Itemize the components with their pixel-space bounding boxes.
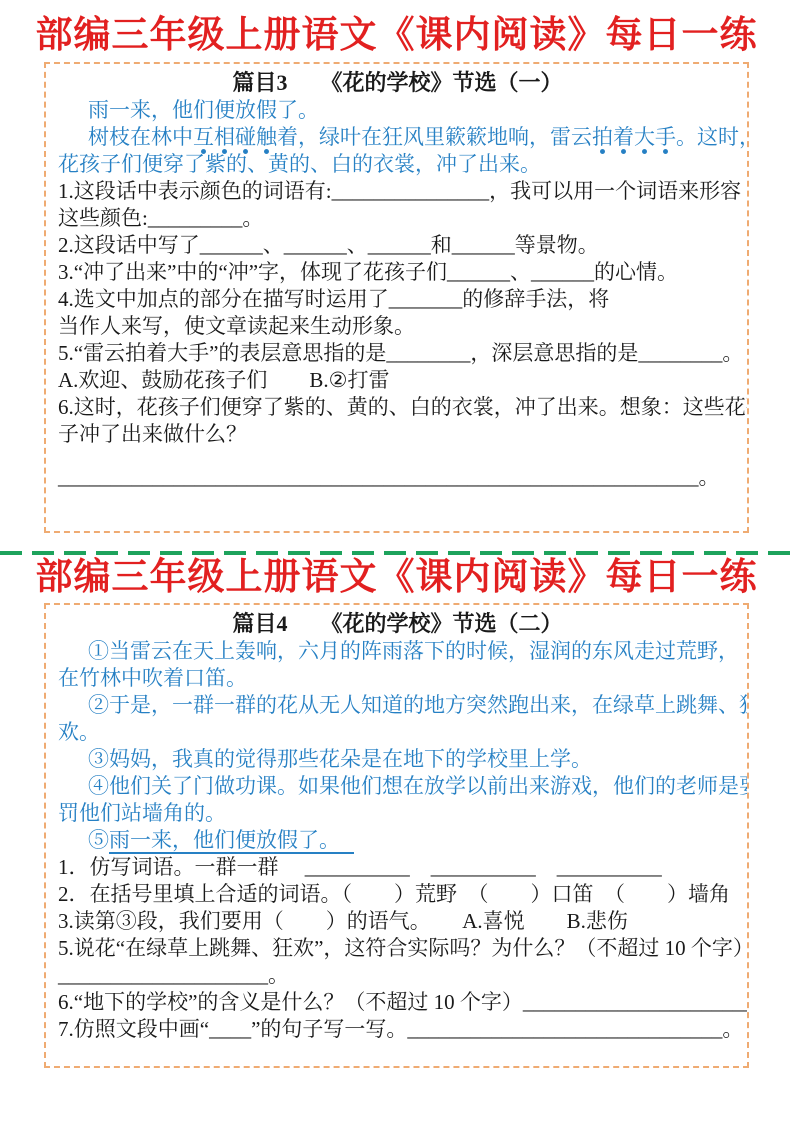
worksheet-panel-1: 篇目3 《花的学校》节选（一） 雨一来，他们便放假了。 树枝在林中互相碰触着，绿…: [44, 62, 749, 533]
emphasis-dotted-text: 拍着大手: [592, 125, 676, 155]
question-line: 4.选文中加点的部分在描写时运用了_______的修辞手法，将: [58, 286, 737, 313]
question-line: 子冲了出来做什么？: [58, 421, 737, 448]
panel-1-title: 篇目3 《花的学校》节选（一）: [58, 69, 737, 97]
passage-text: 。这时，: [676, 125, 749, 149]
underlined-sentence: 雨一来，他们便放假了。: [109, 828, 354, 854]
question-line: 当作人来写，使文章读起来生动形象。: [58, 313, 737, 340]
passage-line: ③妈妈，我真的觉得那些花朵是在地下的学校里上学。: [58, 746, 737, 773]
passage-line: 罚他们站墙角的。: [58, 800, 737, 827]
worksheet-header-title: 部编三年级上册语文《课内阅读》每日一练: [0, 558, 793, 599]
passage-line: ⑤雨一来，他们便放假了。: [58, 827, 737, 854]
passage-line: ②于是，一群一群的花从无人知道的地方突然跑出来，在绿草上跳舞、狂: [58, 692, 737, 719]
answer-blank-line: ________________________________________…: [58, 464, 737, 491]
passage-text: 树枝在林中: [88, 125, 193, 149]
question-line: 这些颜色:_________。: [58, 205, 737, 232]
worksheet-header-title: 部编三年级上册语文《课内阅读》每日一练: [0, 16, 793, 57]
question-line: 1．仿写词语。一群一群 __________ __________ ______…: [58, 854, 737, 881]
question-line: 3.读第③段，我们要用（ ）的语气。 A.喜悦 B.悲伤: [58, 908, 737, 935]
question-option-line: A.欢迎、鼓励花孩子们 B.②打雷: [58, 367, 737, 394]
passage-line: 欢。: [58, 719, 737, 746]
question-line: 6.“地下的学校”的含义是什么？（不超过 10 个字）_____________…: [58, 989, 737, 1016]
answer-blank-line: ____________________。: [58, 962, 737, 989]
passage-line: ④他们关了门做功课。如果他们想在放学以前出来游戏，他们的老师是要: [58, 773, 737, 800]
passage-line: 树枝在林中互相碰触着，绿叶在狂风里簌簌地响，雷云拍着大手。这时，: [58, 124, 737, 151]
question-line: 3.“冲了出来”中的“冲”字，体现了花孩子们______、______的心情。: [58, 259, 737, 286]
passage-line: ①当雷云在天上轰响，六月的阵雨落下的时候，湿润的东风走过荒野，: [58, 638, 737, 665]
question-line: 1.这段话中表示颜色的词语有:_______________，我可以用一个词语来…: [58, 178, 737, 205]
question-line: 2.这段话中写了______、______、______和______等景物。: [58, 232, 737, 259]
passage-line: 在竹林中吹着口笛。: [58, 665, 737, 692]
panel-2-title: 篇目4 《花的学校》节选（二）: [58, 610, 737, 638]
worksheet-panel-2: 篇目4 《花的学校》节选（二） ①当雷云在天上轰响，六月的阵雨落下的时候，湿润的…: [44, 603, 749, 1068]
passage-text: 着，绿叶在狂风里簌簌地响，雷云: [277, 125, 592, 149]
passage-paragraph-marker: ⑤: [88, 828, 109, 852]
question-line: 5.说花“在绿草上跳舞、狂欢”，这符合实际吗？为什么？（不超过 10 个字）: [58, 935, 737, 962]
question-line: 5.“雷云拍着大手”的表层意思指的是________，深层意思指的是______…: [58, 340, 737, 367]
question-line: 7.仿照文段中画“____”的句子写一写。___________________…: [58, 1016, 737, 1043]
passage-line: 花孩子们便穿了紫的、黄的、白的衣裳，冲了出来。: [58, 151, 737, 178]
question-line: 6.这时，花孩子们便穿了紫的、黄的、白的衣裳，冲了出来。想象：这些花孩: [58, 394, 737, 421]
section-divider: [0, 551, 793, 555]
question-line: 2．在括号里填上合适的词语。（ ）荒野 （ ）口笛 （ ）墙角: [58, 881, 737, 908]
passage-line: 雨一来，他们便放假了。: [58, 97, 737, 124]
